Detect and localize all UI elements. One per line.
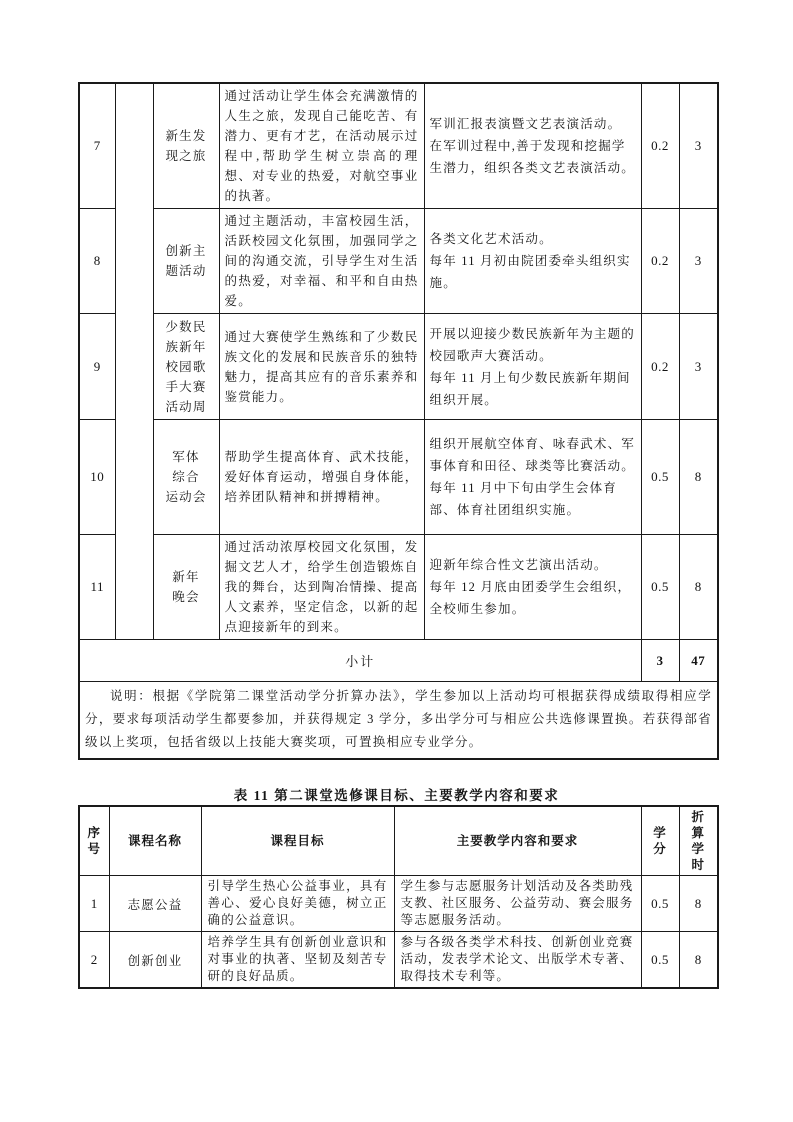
activity-name: 军体 综合 运动会 <box>153 420 219 535</box>
table-row: 1 志愿公益 引导学生热心公益事业，具有善心、爱心良好美德，树立正确的公益意识。… <box>79 876 718 932</box>
activity-name: 创新主 题活动 <box>153 209 219 314</box>
table-row: 9 少数民 族新年 校园歌 手大赛 活动周 通过大赛使学生熟练和了少数民族文化的… <box>79 314 718 420</box>
activities-table: 7 新生发 现之旅 通过活动让学生体会充满激情的人生之旅，发现自己能吃苦、有潜力… <box>78 82 719 760</box>
note-row: 说明：根据《学院第二课堂活动学分折算办法》，学生参加以上活动均可根据获得成绩取得… <box>79 682 718 759</box>
credit-value: 0.2 <box>641 314 679 420</box>
row-number: 7 <box>79 83 115 209</box>
row-number: 8 <box>79 209 115 314</box>
hours-value: 8 <box>679 535 718 640</box>
course-name: 创新创业 <box>109 932 201 989</box>
hours-value: 3 <box>679 314 718 420</box>
credit-value: 0.2 <box>641 83 679 209</box>
activity-goal: 通过活动浓厚校园文化氛围，发掘文艺人才，给学生创造锻炼自我的舞台，达到陶冶情操、… <box>219 535 424 640</box>
subtotal-hours: 47 <box>679 640 718 682</box>
subtotal-label: 小计 <box>79 640 641 682</box>
activity-goal: 通过大赛使学生熟练和了少数民族文化的发展和民族音乐的独特魅力，提高其应有的音乐素… <box>219 314 424 420</box>
hours-value: 8 <box>679 420 718 535</box>
course-name: 志愿公益 <box>109 876 201 932</box>
course-content: 学生参与志愿服务计划活动及各类助残支教、社区服务、公益劳动、赛会服务等志愿服务活… <box>394 876 641 932</box>
document-page: 7 新生发 现之旅 通过活动让学生体会充满激情的人生之旅，发现自己能吃苦、有潜力… <box>0 0 793 1122</box>
credit-value: 0.2 <box>641 209 679 314</box>
activity-goal: 通过活动让学生体会充满激情的人生之旅，发现自己能吃苦、有潜力、更有才艺，在活动展… <box>219 83 424 209</box>
note-text: 说明：根据《学院第二课堂活动学分折算办法》，学生参加以上活动均可根据获得成绩取得… <box>79 682 718 759</box>
header-hours: 折 算 学 时 <box>679 806 718 876</box>
credit-value: 0.5 <box>641 932 679 989</box>
header-content: 主要教学内容和要求 <box>394 806 641 876</box>
credit-value: 0.5 <box>641 876 679 932</box>
header-index: 序 号 <box>79 806 109 876</box>
header-row: 序 号 课程名称 课程目标 主要教学内容和要求 学 分 折 算 学 时 <box>79 806 718 876</box>
activity-name: 新年 晚会 <box>153 535 219 640</box>
table-row: 10 军体 综合 运动会 帮助学生提高体育、武术技能，爱好体育运动，增强自身体能… <box>79 420 718 535</box>
header-course-goal: 课程目标 <box>201 806 394 876</box>
header-credit: 学 分 <box>641 806 679 876</box>
row-number: 9 <box>79 314 115 420</box>
activity-name: 新生发 现之旅 <box>153 83 219 209</box>
activity-content: 迎新年综合性文艺演出活动。 每年 12 月底由团委学生会组织，全校师生参加。 <box>424 535 641 640</box>
subtotal-credit: 3 <box>641 640 679 682</box>
row-number: 10 <box>79 420 115 535</box>
row-number: 2 <box>79 932 109 989</box>
course-goal: 引导学生热心公益事业，具有善心、爱心良好美德，树立正确的公益意识。 <box>201 876 394 932</box>
elective-courses-table: 序 号 课程名称 课程目标 主要教学内容和要求 学 分 折 算 学 时 1 志愿… <box>78 805 719 989</box>
activity-content: 各类文化艺术活动。 每年 11 月初由院团委牵头组织实施。 <box>424 209 641 314</box>
course-goal: 培养学生具有创新创业意识和对事业的执著、坚韧及刻苦专研的良好品质。 <box>201 932 394 989</box>
hours-value: 3 <box>679 83 718 209</box>
header-course-name: 课程名称 <box>109 806 201 876</box>
row-number: 11 <box>79 535 115 640</box>
course-content: 参与各级各类学术科技、创新创业竞赛活动，发表学术论文、出版学术专著、取得技术专利… <box>394 932 641 989</box>
table-row: 7 新生发 现之旅 通过活动让学生体会充满激情的人生之旅，发现自己能吃苦、有潜力… <box>79 83 718 209</box>
row-number: 1 <box>79 876 109 932</box>
subtotal-row: 小计 3 47 <box>79 640 718 682</box>
activity-content: 军训汇报表演暨文艺表演活动。 在军训过程中,善于发现和挖掘学生潜力，组织各类文艺… <box>424 83 641 209</box>
category-cell-empty <box>115 83 153 640</box>
hours-value: 3 <box>679 209 718 314</box>
hours-value: 8 <box>679 932 718 989</box>
table-row: 11 新年 晚会 通过活动浓厚校园文化氛围，发掘文艺人才，给学生创造锻炼自我的舞… <box>79 535 718 640</box>
hours-value: 8 <box>679 876 718 932</box>
activity-content: 组织开展航空体育、咏春武术、军事体育和田径、球类等比赛活动。 每年 11 月中下… <box>424 420 641 535</box>
table11-title: 表 11 第二课堂选修课目标、主要教学内容和要求 <box>0 784 793 804</box>
table-row: 8 创新主 题活动 通过主题活动，丰富校园生活，活跃校园文化氛围，加强同学之间的… <box>79 209 718 314</box>
activity-name: 少数民 族新年 校园歌 手大赛 活动周 <box>153 314 219 420</box>
activity-content: 开展以迎接少数民族新年为主题的校园歌声大赛活动。 每年 11 月上旬少数民族新年… <box>424 314 641 420</box>
activity-goal: 帮助学生提高体育、武术技能，爱好体育运动，增强自身体能，培养团队精神和拼搏精神。 <box>219 420 424 535</box>
credit-value: 0.5 <box>641 535 679 640</box>
table-row: 2 创新创业 培养学生具有创新创业意识和对事业的执著、坚韧及刻苦专研的良好品质。… <box>79 932 718 989</box>
activity-goal: 通过主题活动，丰富校园生活，活跃校园文化氛围，加强同学之间的沟通交流，引导学生对… <box>219 209 424 314</box>
credit-value: 0.5 <box>641 420 679 535</box>
